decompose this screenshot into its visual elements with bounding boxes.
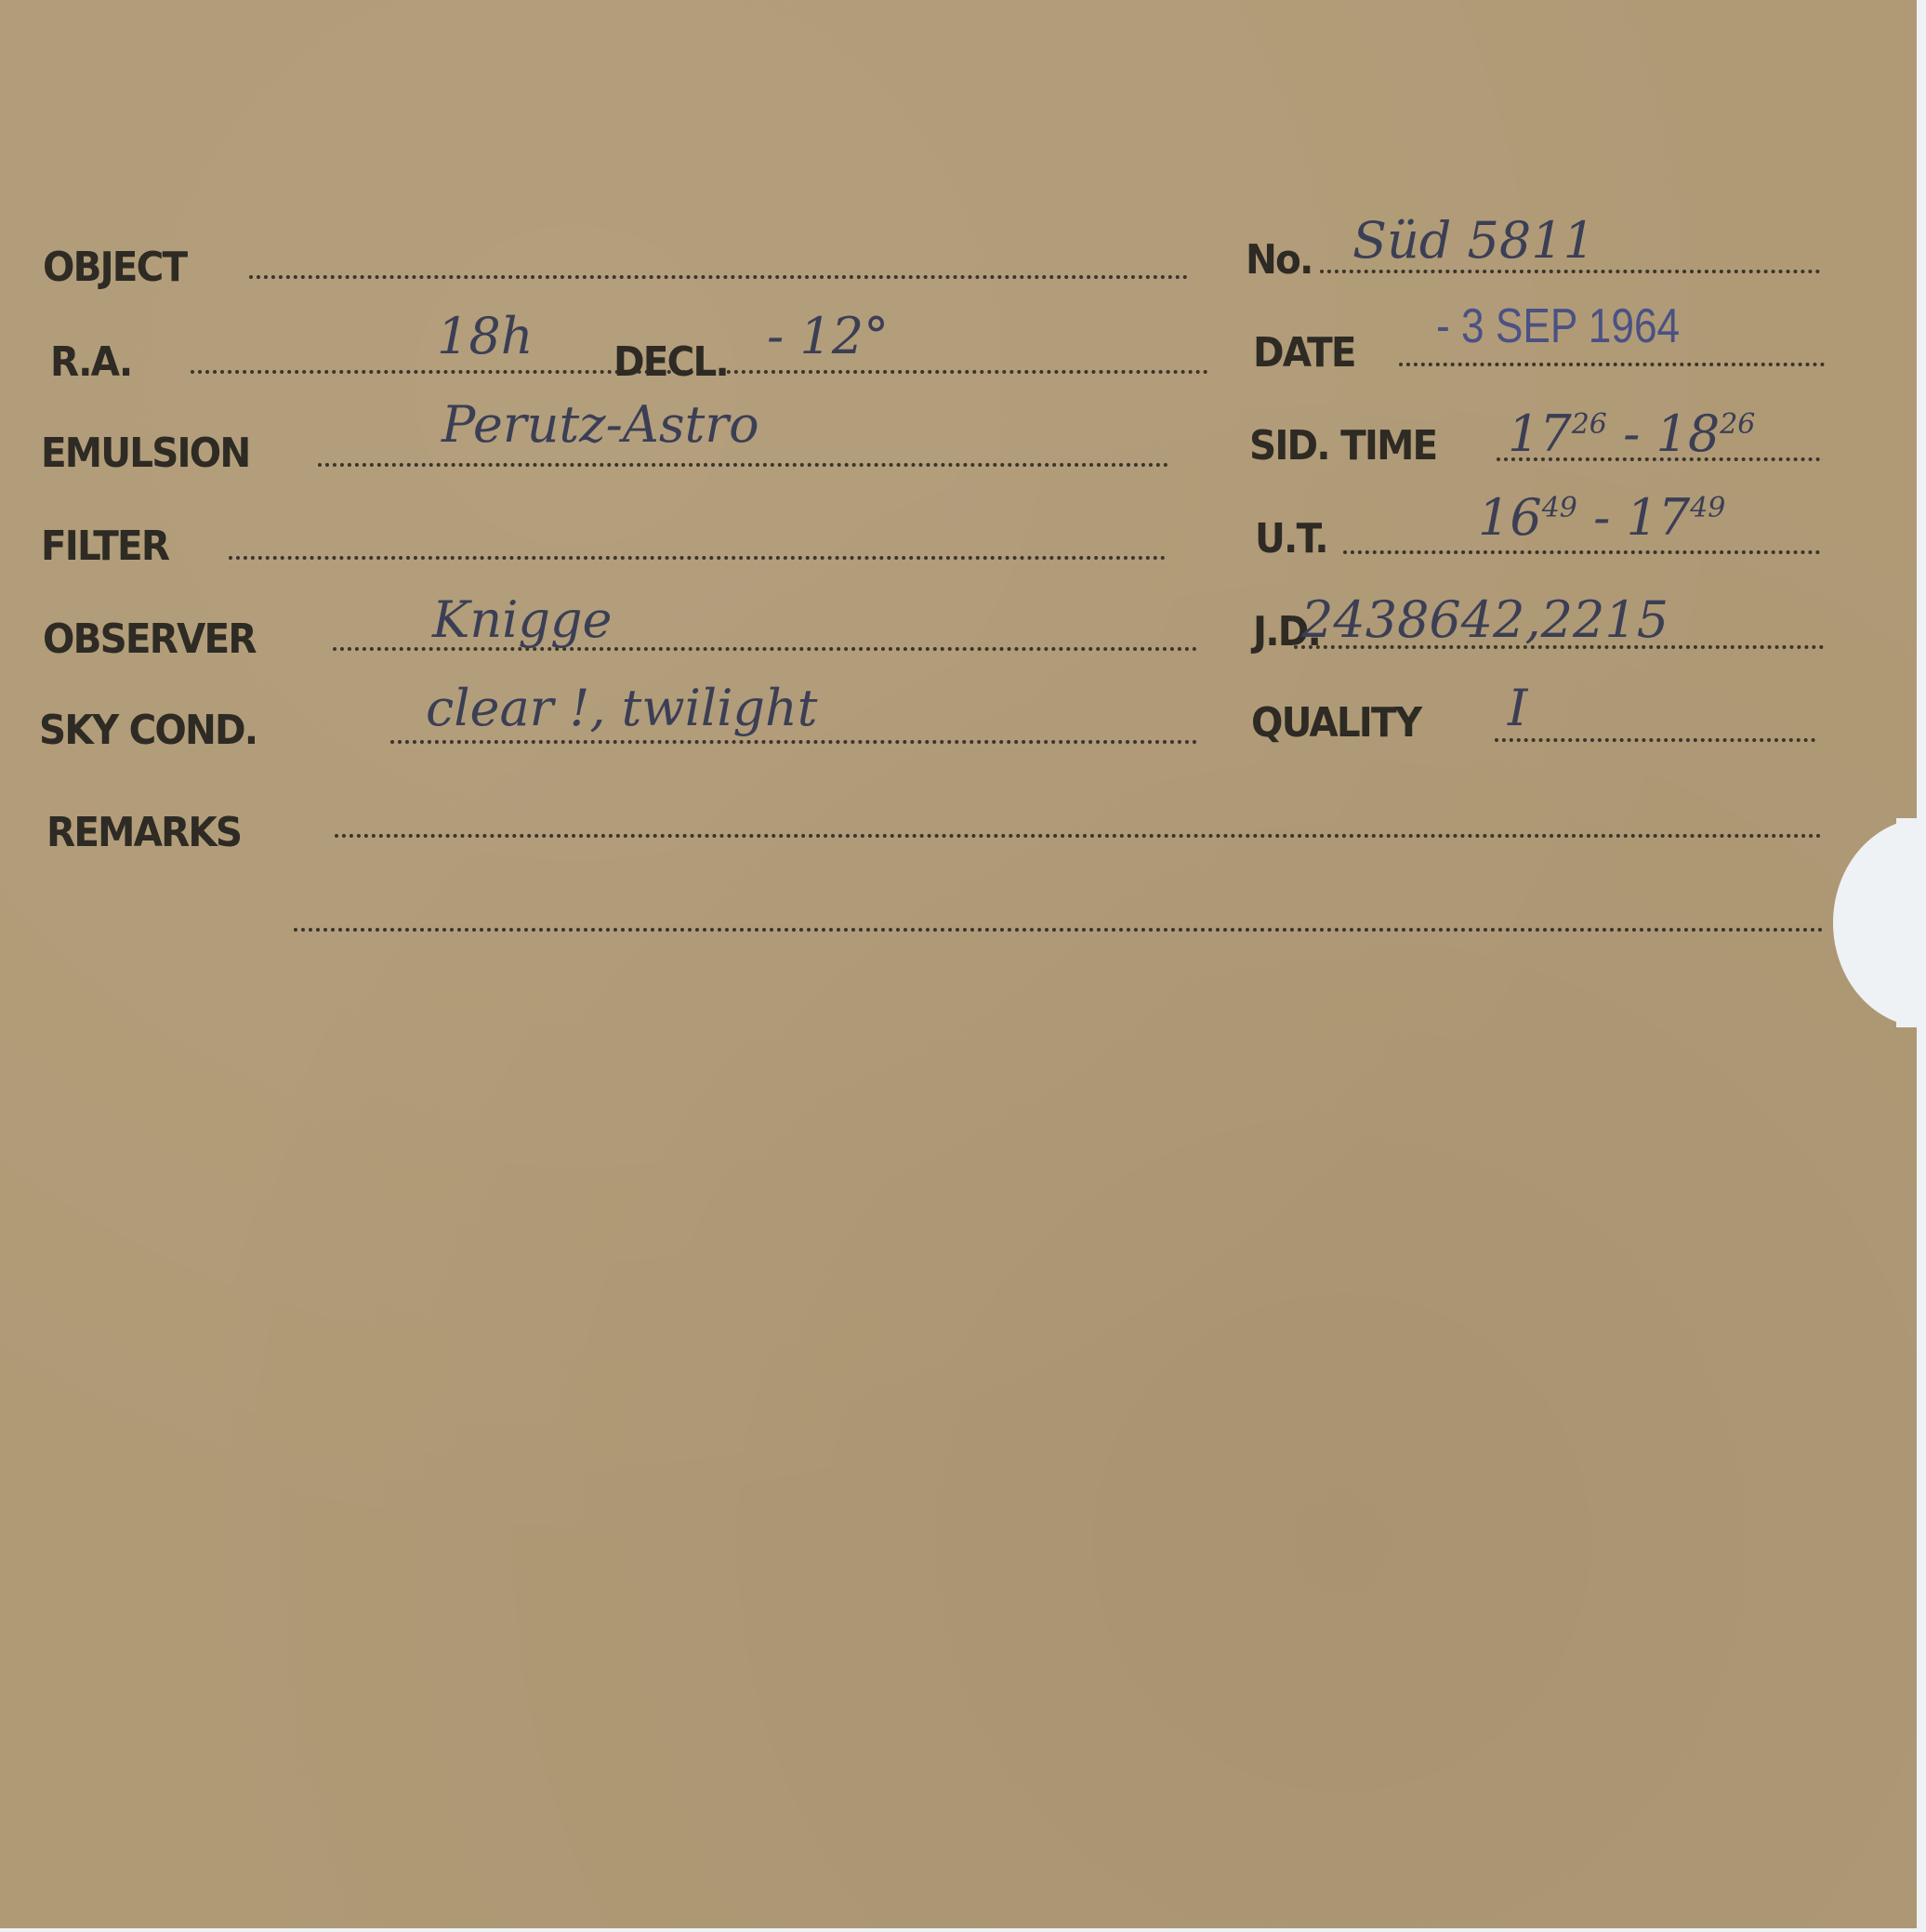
- decl-value[interactable]: - 12°: [767, 311, 889, 362]
- ut-field: [1343, 550, 1820, 554]
- quality-value[interactable]: I: [1508, 683, 1527, 734]
- emulsion-value[interactable]: Perutz-Astro: [442, 400, 759, 450]
- sky-cond-label: SKY COND.: [39, 710, 257, 751]
- ra-value[interactable]: 18h: [437, 311, 534, 362]
- jd-value[interactable]: 2438642,2215: [1301, 595, 1669, 645]
- ra-label: R.A.: [50, 342, 131, 383]
- filter-label: FILTER: [41, 526, 168, 567]
- ut-label: U.T.: [1255, 519, 1327, 560]
- remarks-label: REMARKS: [46, 813, 241, 854]
- sky-cond-value[interactable]: clear !, twilight: [426, 683, 817, 734]
- sid-time-value[interactable]: 1726 - 1826: [1508, 409, 1755, 459]
- quality-label: QUALITY: [1251, 703, 1420, 744]
- date-label: DATE: [1253, 333, 1355, 374]
- sid-time-start-min: 26: [1572, 408, 1607, 441]
- emulsion-field: [318, 463, 1168, 467]
- filter-field[interactable]: [229, 556, 1166, 560]
- object-field[interactable]: [249, 275, 1188, 279]
- plate-envelope-card: OBJECT R.A. 18h DECL. - 12° EMULSION Per…: [0, 0, 1917, 1928]
- sid-time-start: 17: [1508, 404, 1572, 463]
- remarks-field-line-2[interactable]: [294, 928, 1824, 932]
- sky-cond-field: [390, 740, 1197, 744]
- sid-time-sep: -: [1623, 404, 1640, 463]
- ut-start: 16: [1478, 488, 1542, 547]
- date-field: [1399, 363, 1825, 366]
- observer-label: OBSERVER: [43, 619, 256, 660]
- no-label: No.: [1246, 240, 1313, 281]
- sid-time-end: 18: [1656, 404, 1721, 463]
- ut-end-min: 49: [1690, 492, 1725, 524]
- quality-field: [1495, 738, 1815, 742]
- remarks-field-line-1[interactable]: [335, 834, 1822, 838]
- thumb-notch-edge: [1896, 818, 1926, 1027]
- sid-time-label: SID. TIME: [1249, 426, 1436, 467]
- ut-value[interactable]: 1649 - 1749: [1478, 493, 1725, 543]
- observer-value[interactable]: Knigge: [432, 595, 612, 645]
- decl-label: DECL.: [613, 342, 728, 383]
- emulsion-label: EMULSION: [41, 433, 249, 474]
- sid-time-end-min: 26: [1720, 408, 1755, 441]
- ut-start-min: 49: [1542, 492, 1577, 524]
- ut-sep: -: [1593, 488, 1610, 547]
- date-stamp-value[interactable]: - 3 SEP 1964: [1436, 302, 1680, 351]
- no-field: [1320, 270, 1820, 273]
- no-value[interactable]: Süd 5811: [1352, 216, 1595, 266]
- object-label: OBJECT: [43, 247, 186, 288]
- ut-end: 17: [1627, 488, 1691, 547]
